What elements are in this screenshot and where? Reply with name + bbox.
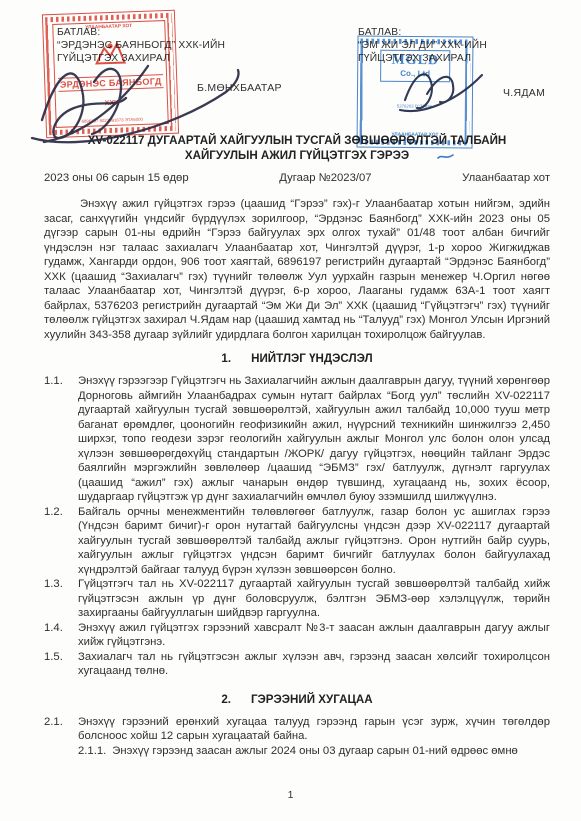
clause-text: Гүйцэтгэгч тал нь XV-022117 дугаартай ха… [78,577,550,621]
signature-right [393,60,489,120]
clause-text: Захиалагч тал нь гүйцэтгэсэн ажлыг хүлээ… [78,650,550,679]
clause-1-4: 1.4. Энэхүү ажил гүйцэтгэх гэрээний хавс… [44,621,550,650]
clause-number: 1.3. [44,577,78,621]
dateline: 2023 оны 06 сарын 15 өдөр Дугаар №2023/0… [44,172,550,184]
page-number: 1 [0,789,581,801]
clause-number: 2.1.1. [78,745,106,757]
document-page: БАТЛАВ: “ЭРДЭНЭС БАЯНБОГД” ХХК-ИЙН ГҮЙЦЭ… [0,0,581,821]
section-2-title: ГЭРЭЭНИЙ ХУГАЦАА [251,693,373,706]
stamp-city-text: УЛААНБААТАР ХОТ [85,24,132,30]
stamp-city-text: УЛААНБААТАР ХОТ [391,132,438,137]
clause-1-1: 1.1. Энэхүү гэрээгээр Гүйцэтгэгч нь Захи… [44,374,550,505]
clause-2-1-1: 2.1.1.Энэхүү гэрээнд заасан ажлыг 2024 о… [78,744,550,759]
clause-number: 1.5. [44,650,78,679]
clause-number: 1.2. [44,505,78,578]
signer-name-right: Ч.ЯДАМ [503,87,545,99]
clause-1-5: 1.5. Захиалагч тал нь гүйцэтгэсэн ажлыг … [44,650,550,679]
contract-date: 2023 оны 06 сарын 15 өдөр [44,172,189,184]
section-1-title: НИЙТЛЭГ ҮНДЭСЛЭЛ [251,352,373,365]
signer-name-left: Б.МӨНХБААТАР [197,82,282,94]
clause-2-1: 2.1. Энэхүү гэрээний ерөнхий хугацаа тал… [44,715,550,744]
clause-number: 2.1. [44,715,78,744]
clause-text: Энэхүү гэрээгээр Гүйцэтгэгч нь Захиалагч… [78,374,550,505]
clause-text: Энэхүү ажил гүйцэтгэх гэрээний хавсралт … [78,621,550,650]
contract-city: Улаанбаатар хот [462,172,550,184]
clause-number: 1.1. [44,374,78,505]
signature-left [28,58,260,144]
clause-text: Энэхүү гэрээнд заасан ажлыг 2024 оны 03 … [112,745,518,757]
clause-number: 1.4. [44,621,78,650]
section-2-number: 2. [221,693,231,706]
contract-title-line2: ХАЙГУУЛЫН АЖИЛ ГҮЙЦЭТГЭХ ГЭРЭЭ [44,148,550,163]
clause-1-3: 1.3. Гүйцэтгэгч тал нь XV-022117 дугаарт… [44,577,550,621]
pen-tick-mark [437,153,455,161]
clause-text: Энэхүү гэрээний ерөнхий хугацаа талууд г… [78,715,550,744]
clause-text: Байгаль орчны менежментийн төлөвлөгөөг б… [78,505,550,578]
section-1-heading: 1.НИЙТЛЭГ ҮНДЭСЛЭЛ [44,352,550,365]
approval-header: БАТЛАВ: “ЭРДЭНЭС БАЯНБОГД” ХХК-ИЙН ГҮЙЦЭ… [0,0,581,133]
contract-number: Дугаар №2023/07 [279,172,371,184]
clause-1-2: 1.2. Байгаль орчны менежментийн төлөвлөг… [44,505,550,578]
section-1-number: 1. [221,352,231,365]
preamble-paragraph: Энэхүү ажил гүйцэтгэх гэрээ (цаашид “Гэр… [44,197,550,342]
section-2-heading: 2.ГЭРЭЭНИЙ ХУГАЦАА [44,693,550,706]
